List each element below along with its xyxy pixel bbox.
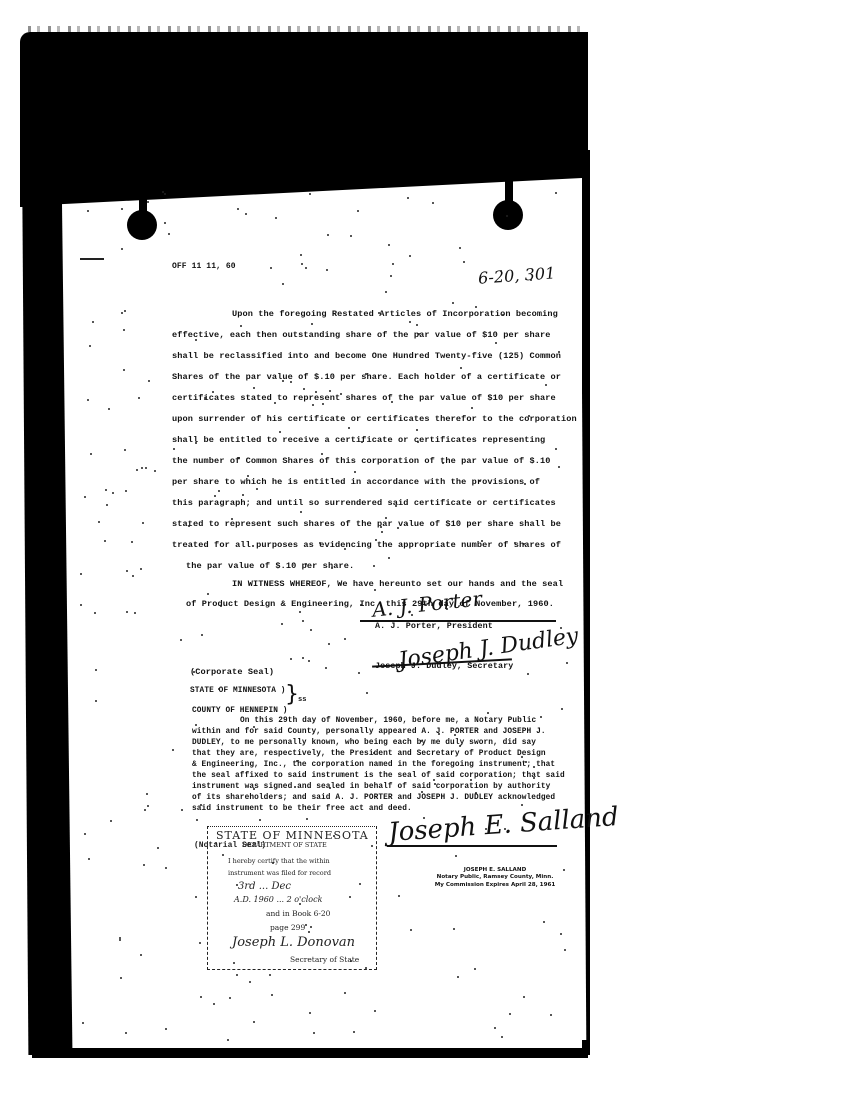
- venue-state: STATE OF MINNESOTA ): [190, 688, 286, 696]
- witness-line: IN WITNESS WHEREOF, We have hereunto set…: [232, 580, 563, 589]
- stamp-line: I hereby certify that the within: [228, 857, 330, 865]
- file-stamp: OFF 11 11, 60: [172, 263, 236, 271]
- paragraph-line: Upon the foregoing Restated Articles of …: [232, 310, 558, 319]
- venue-ss: ss: [298, 697, 307, 704]
- punch-slot-left: [139, 185, 147, 213]
- punch-hole-left-icon: [127, 210, 157, 240]
- stamp-book: and in Book 6-20: [266, 909, 330, 918]
- paragraph-line: this paragraph; and until so surrendered…: [172, 499, 556, 508]
- stamp-title: Secretary of State: [290, 955, 359, 964]
- scanner-frame-top: [20, 32, 588, 207]
- paragraph-line: upon surrender of his certificate or cer…: [172, 415, 577, 424]
- stamp-page: page 299: [270, 923, 305, 932]
- notary-commission: My Commission Expires April 28, 1961: [430, 882, 560, 889]
- ack-line: instrument was signed and sealed in beha…: [192, 784, 550, 792]
- ack-line: within and for said County, personally a…: [192, 729, 546, 737]
- notary-title: Notary Public, Ramsey County, Minn.: [430, 874, 560, 881]
- stamp-dept: DEPARTMENT OF STATE: [242, 841, 327, 849]
- notary-signature-line: [387, 845, 557, 847]
- paragraph-line: the par value of $.10 per share.: [186, 562, 354, 571]
- ack-line: On this 29th day of November, 1960, befo…: [240, 718, 536, 726]
- secretary-label: Joseph J. Dudley, Secretary: [375, 662, 513, 670]
- witness-line: of Product Design & Engineering, Inc. th…: [186, 600, 554, 609]
- paragraph-line: effective, each then outstanding share o…: [172, 331, 551, 340]
- ack-line: & Engineering, Inc., the corporation nam…: [192, 762, 555, 770]
- paragraph-line: shall be entitled to receive a certifica…: [172, 436, 545, 445]
- ack-line: that they are, respectively, the Preside…: [192, 751, 546, 759]
- ack-line: the seal affixed to said instrument is t…: [192, 773, 565, 781]
- paragraph-line: certificates stated to represent shares …: [172, 394, 556, 403]
- paragraph-line: stated to represent such shares of the p…: [172, 520, 561, 529]
- ack-line: DUDLEY, to me personally known, who bein…: [192, 740, 536, 748]
- ack-line: said instrument to be their free act and…: [192, 806, 412, 814]
- punch-hole-right-icon: [493, 200, 523, 230]
- notary-block: JOSEPH E. SALLAND Notary Public, Ramsey …: [430, 867, 560, 889]
- paragraph-line: shall be reclassified into and become On…: [172, 352, 561, 361]
- venue-county: COUNTY OF HENNEPIN ): [192, 708, 288, 716]
- secretary-of-state-signature: Joseph L. Donovan: [232, 935, 355, 950]
- corporate-seal-label: (Corporate Seal): [190, 668, 274, 677]
- state-filing-stamp: STATE OF MINNESOTA (Notarial Seal) DEPAR…: [207, 826, 377, 970]
- stamp-line: 3rd ... Dec: [238, 881, 291, 892]
- stamp-line: A.D. 1960 ... 2 o'clock: [234, 895, 322, 904]
- paragraph-line: the number of Common Shares of this corp…: [172, 457, 551, 466]
- president-label: A. J. Porter, President: [375, 622, 493, 630]
- ack-line: of its shareholders; and said A. J. PORT…: [192, 795, 555, 803]
- paragraph-line: treated for all purposes as evidencing t…: [172, 541, 561, 550]
- paragraph-line: per share to which he is entitled in acc…: [172, 478, 540, 487]
- stamp-line: instrument was filed for record: [228, 869, 331, 877]
- venue-brace: }: [285, 684, 299, 706]
- notary-name: JOSEPH E. SALLAND: [430, 867, 560, 874]
- margin-mark: [80, 258, 104, 260]
